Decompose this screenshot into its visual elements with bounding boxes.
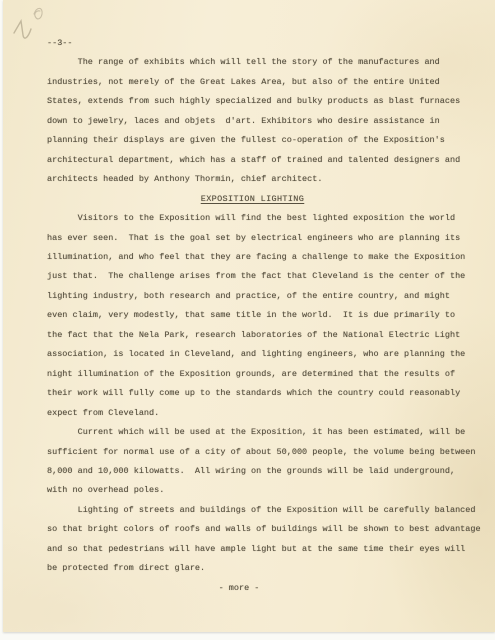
- page-number: --3--: [47, 34, 481, 53]
- typed-text-column: --3-- The range of exhibits which will t…: [47, 34, 481, 598]
- section-heading: EXPOSITION LIGHTING: [47, 190, 458, 209]
- paragraph-exhibits: The range of exhibits which will tell th…: [47, 53, 481, 189]
- more-indicator: - more -: [47, 579, 431, 598]
- document-page: --3-- The range of exhibits which will t…: [3, 0, 495, 632]
- paragraph-current-estimate: Current which will be used at the Exposi…: [47, 423, 481, 501]
- paragraph-street-lighting: Lighting of streets and buildings of the…: [47, 501, 481, 579]
- scan-background: --3-- The range of exhibits which will t…: [0, 0, 495, 640]
- paragraph-lighting-intro: Visitors to the Exposition will find the…: [47, 209, 481, 423]
